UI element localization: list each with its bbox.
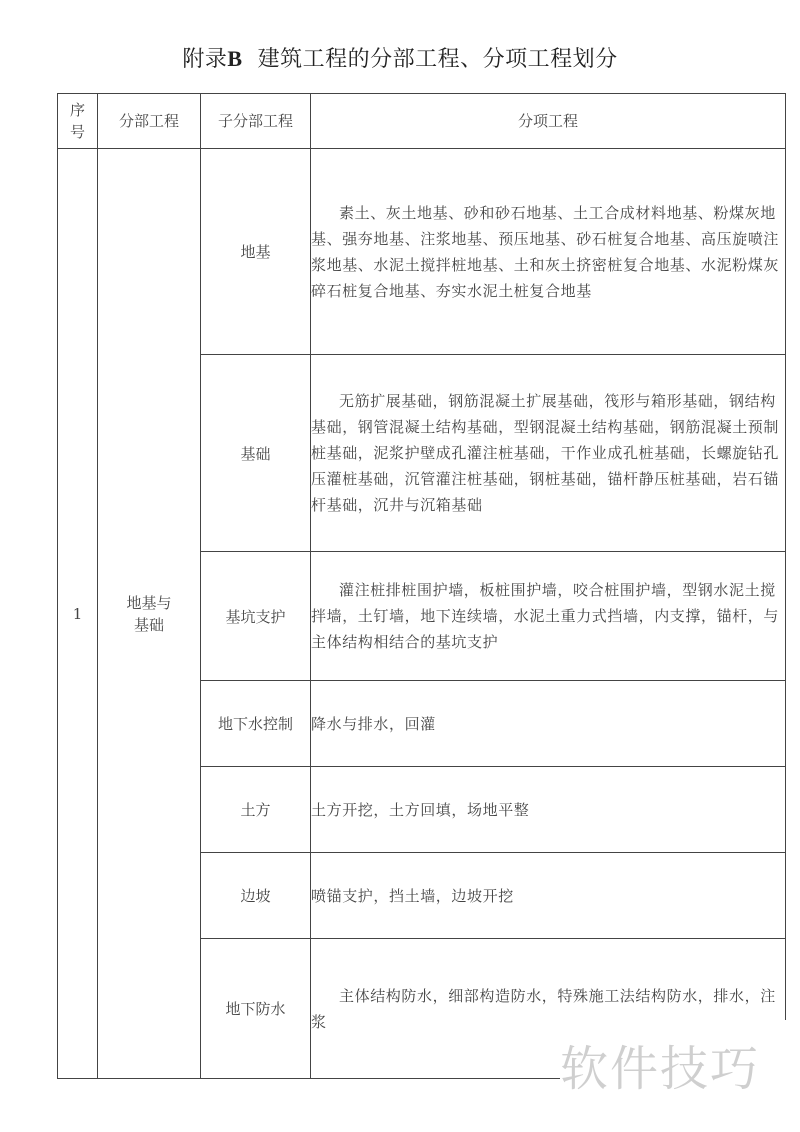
items-cell: 降水与排水，回灌: [311, 681, 786, 767]
division-table: 序号 分部工程 子分部工程 分项工程 1 地基与基础 地基 素土、灰土地基、砂和…: [57, 93, 786, 1079]
items-cell: 土方开挖，土方回填，场地平整: [311, 767, 786, 853]
items-cell: 素土、灰土地基、砂和砂石地基、土工合成材料地基、粉煤灰地基、强夯地基、注浆地基、…: [311, 149, 786, 355]
sub-division-cell: 土方: [201, 767, 311, 853]
table-header-row: 序号 分部工程 子分部工程 分项工程: [58, 94, 786, 149]
table-row: 1 地基与基础 地基 素土、灰土地基、砂和砂石地基、土工合成材料地基、粉煤灰地基…: [58, 149, 786, 355]
items-cell: 无筋扩展基础，钢筋混凝土扩展基础，筏形与箱形基础，钢结构基础，钢管混凝土结构基础…: [311, 355, 786, 552]
items-cell: 灌注桩排桩围护墙，板桩围护墙，咬合桩围护墙，型钢水泥土搅拌墙，土钉墙，地下连续墙…: [311, 552, 786, 681]
sub-division-cell: 地下水控制: [201, 681, 311, 767]
items-cell: 喷锚支护，挡土墙，边坡开挖: [311, 853, 786, 939]
title-text: 建筑工程的分部工程、分项工程划分: [258, 47, 618, 72]
sub-division-cell: 地基: [201, 149, 311, 355]
header-division: 分部工程: [98, 94, 201, 149]
division-cell: 地基与基础: [98, 149, 201, 1079]
header-sub-division: 子分部工程: [201, 94, 311, 149]
document-title: 附录B 建筑工程的分部工程、分项工程划分: [0, 42, 800, 73]
watermark: 软件技巧: [560, 1030, 760, 1099]
header-seq: 序号: [58, 94, 98, 149]
seq-cell: 1: [58, 149, 98, 1079]
sub-division-cell: 基坑支护: [201, 552, 311, 681]
sub-division-cell: 基础: [201, 355, 311, 552]
title-letter: B: [227, 46, 242, 71]
title-prefix: 附录: [182, 47, 227, 72]
header-items: 分项工程: [311, 94, 786, 149]
sub-division-cell: 边坡: [201, 853, 311, 939]
sub-division-cell: 地下防水: [201, 939, 311, 1079]
